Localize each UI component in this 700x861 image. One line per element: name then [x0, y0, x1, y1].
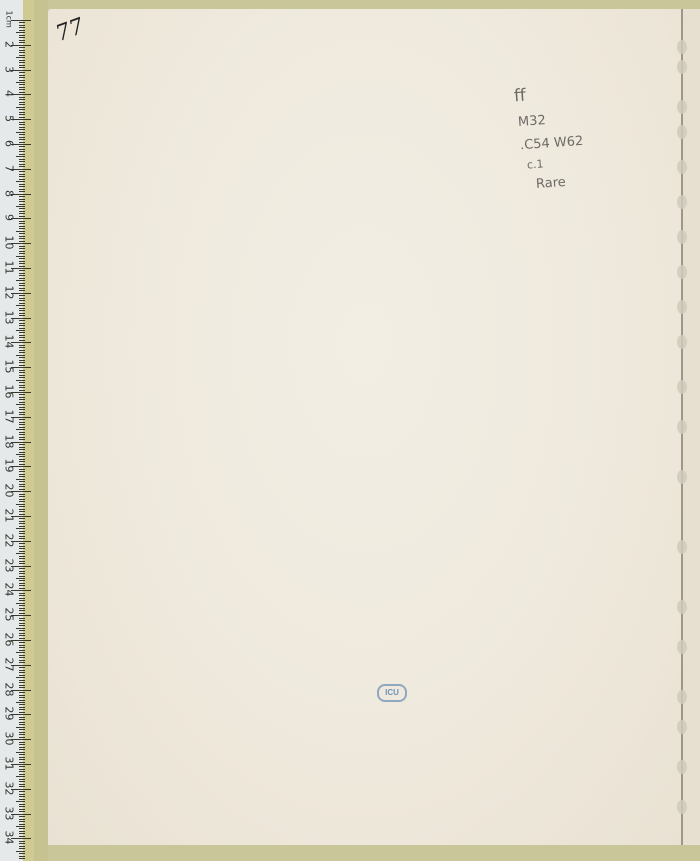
ruler-tick: [19, 685, 25, 686]
ruler-tick: [16, 553, 25, 554]
ruler-tick: [19, 704, 25, 705]
binding-stitch: [677, 160, 687, 174]
ruler-tick: [19, 201, 25, 202]
ruler-tick: [19, 471, 25, 472]
document-page: [48, 9, 682, 845]
ruler-label: 11: [3, 260, 16, 276]
ruler-tick: [19, 558, 25, 559]
ruler-tick: [19, 533, 25, 534]
ruler-tick: [19, 583, 25, 584]
ruler-tick: [19, 89, 25, 90]
ruler-tick: [16, 132, 25, 133]
ruler-tick: [19, 298, 25, 299]
ruler-tick: [19, 184, 25, 185]
ruler-tick: [19, 253, 25, 254]
ruler-tick: [19, 323, 25, 324]
ruler-tick: [19, 481, 25, 482]
ruler-label: 25: [3, 607, 16, 623]
ruler-tick: [19, 75, 25, 76]
ruler-tick: [19, 858, 25, 859]
binding-stitch: [677, 300, 687, 314]
ruler-tick: [19, 819, 25, 820]
ruler-tick: [19, 821, 25, 822]
ruler-tick: [19, 794, 25, 795]
ruler-tick: [19, 67, 25, 68]
ruler-tick: [19, 337, 25, 338]
ruler-tick: [19, 266, 25, 267]
ruler-tick: [19, 325, 25, 326]
ruler-tick: [19, 422, 25, 423]
binding-stitch: [677, 100, 687, 114]
ruler-tick: [19, 732, 25, 733]
ruler-tick: [16, 380, 25, 381]
ruler-tick: [16, 82, 25, 83]
ruler-tick: [19, 444, 25, 445]
ruler-tick: [16, 578, 25, 579]
ruler-label: 15: [3, 359, 16, 375]
ruler-tick: [16, 181, 25, 182]
ruler-label: 13: [3, 309, 16, 325]
ruler-label: 22: [3, 532, 16, 548]
ruler-tick: [19, 65, 25, 66]
binding-stitch: [677, 470, 687, 484]
ruler-tick: [19, 573, 25, 574]
ruler-label: 34: [3, 830, 16, 846]
ruler-tick: [19, 531, 25, 532]
ruler-tick: [19, 585, 25, 586]
ruler-tick: [19, 563, 25, 564]
ruler-tick: [19, 486, 25, 487]
ruler-tick: [19, 771, 25, 772]
ruler-tick: [19, 670, 25, 671]
ruler-tick: [19, 744, 25, 745]
ruler-tick: [19, 60, 25, 61]
ruler-tick: [16, 107, 25, 108]
ruler-tick: [19, 580, 25, 581]
ruler-tick: [19, 712, 25, 713]
ruler-tick: [19, 675, 25, 676]
ruler-tick: [19, 283, 25, 284]
binding-stitch: [677, 230, 687, 244]
ruler-tick: [19, 407, 25, 408]
binding-stitch: [677, 800, 687, 814]
ruler-tick: [19, 501, 25, 502]
ruler-tick: [19, 496, 25, 497]
ruler-tick: [19, 288, 25, 289]
ruler-label: 2: [3, 36, 16, 52]
ruler-tick: [19, 196, 25, 197]
ruler-tick: [16, 256, 25, 257]
ruler-tick: [19, 211, 25, 212]
ruler-tick: [19, 233, 25, 234]
ruler-tick: [19, 142, 25, 143]
binding-stitch: [677, 40, 687, 54]
ruler-tick: [19, 166, 25, 167]
ruler-label: 32: [3, 780, 16, 796]
ruler-tick: [19, 749, 25, 750]
ruler-tick: [16, 206, 25, 207]
ruler-label: 3: [3, 61, 16, 77]
ruler-tick: [19, 638, 25, 639]
ruler-tick: [19, 278, 25, 279]
ruler-tick: [19, 474, 25, 475]
ruler-tick: [19, 856, 25, 857]
ruler-tick: [19, 499, 25, 500]
ruler-label: 19: [3, 458, 16, 474]
ruler-tick: [19, 598, 25, 599]
ruler-tick: [19, 556, 25, 557]
ruler-tick: [19, 635, 25, 636]
ruler-tick: [19, 784, 25, 785]
ruler-tick: [19, 350, 25, 351]
ruler-tick: [19, 576, 25, 577]
ruler-tick: [19, 347, 25, 348]
ruler-tick: [19, 831, 25, 832]
ruler-tick: [19, 561, 25, 562]
ruler-edge: [34, 0, 48, 861]
ruler-label: 9: [3, 210, 16, 226]
binding-stitch: [677, 380, 687, 394]
ruler-tick: [19, 87, 25, 88]
ruler-tick: [19, 781, 25, 782]
ruler-tick: [19, 568, 25, 569]
ruler-tick: [19, 548, 25, 549]
ruler-tick: [19, 650, 25, 651]
ruler-tick: [19, 786, 25, 787]
ruler-tick: [19, 687, 25, 688]
ruler-tick: [19, 843, 25, 844]
ruler-label: 27: [3, 656, 16, 672]
ruler-tick: [19, 846, 25, 847]
ruler-tick: [16, 752, 25, 753]
ruler-tick: [19, 695, 25, 696]
ruler-tick: [19, 707, 25, 708]
ruler-label: 29: [3, 706, 16, 722]
ruler-tick: [19, 571, 25, 572]
ruler-tick: [19, 365, 25, 366]
ruler-label: 8: [3, 185, 16, 201]
ruler-tick: [19, 37, 25, 38]
ruler-tick: [19, 375, 25, 376]
ruler-tick: [19, 109, 25, 110]
ruler-tick: [19, 171, 25, 172]
ruler-tick: [19, 102, 25, 103]
ruler-tick: [19, 80, 25, 81]
ruler-tick: [19, 682, 25, 683]
ruler-tick: [16, 156, 25, 157]
ruler-label: 30: [3, 731, 16, 747]
ruler-tick: [19, 538, 25, 539]
ruler-tick: [16, 479, 25, 480]
ruler-tick: [19, 161, 25, 162]
ruler-tick: [19, 221, 25, 222]
ruler-tick: [19, 241, 25, 242]
ruler-tick: [19, 439, 25, 440]
ruler-tick: [19, 42, 25, 43]
ruler-label: 14: [3, 334, 16, 350]
ruler-tick: [19, 199, 25, 200]
ruler-tick: [16, 528, 25, 529]
ruler-tick: [19, 273, 25, 274]
ruler-tick: [19, 511, 25, 512]
ruler-tick: [19, 22, 25, 23]
ruler-tick: [19, 734, 25, 735]
ruler-tick: [19, 610, 25, 611]
ruler-tick: [19, 139, 25, 140]
binding-stitch: [677, 195, 687, 209]
ruler-tick: [19, 52, 25, 53]
ruler-tick: [19, 275, 25, 276]
ruler-tick: [19, 137, 25, 138]
ruler-tick: [19, 261, 25, 262]
ruler-tick: [19, 759, 25, 760]
ruler-tick: [16, 504, 25, 505]
binding-stitch: [677, 335, 687, 349]
ruler-tick: [19, 40, 25, 41]
ruler-tick: [19, 186, 25, 187]
ruler-tick: [19, 618, 25, 619]
ruler-tick: [19, 385, 25, 386]
ruler-tick: [16, 280, 25, 281]
ruler-tick: [19, 134, 25, 135]
ruler-tick: [19, 848, 25, 849]
ruler-tick: [16, 603, 25, 604]
ruler-tick: [19, 742, 25, 743]
ruler-tick: [19, 434, 25, 435]
ruler-tick: [19, 660, 25, 661]
ruler-tick: [19, 352, 25, 353]
ruler-tick: [19, 117, 25, 118]
ruler-tick: [19, 600, 25, 601]
ruler-tick: [19, 55, 25, 56]
ruler-tick: [19, 114, 25, 115]
ruler-tick: [19, 593, 25, 594]
ruler-tick: [19, 129, 25, 130]
ruler-tick: [19, 469, 25, 470]
ruler-tick: [19, 828, 25, 829]
ruler-tick: [19, 77, 25, 78]
ruler-tick: [19, 412, 25, 413]
ruler-tick: [16, 404, 25, 405]
ruler-tick: [19, 620, 25, 621]
ruler-tick: [16, 355, 25, 356]
library-stamp: ICU: [377, 684, 407, 702]
ruler-label: 10: [3, 235, 16, 251]
ruler-tick: [19, 762, 25, 763]
ruler-label: 16: [3, 384, 16, 400]
ruler-tick: [19, 62, 25, 63]
ruler-tick: [19, 332, 25, 333]
ruler-tick: [19, 697, 25, 698]
ruler-tick: [16, 628, 25, 629]
ruler-tick: [19, 270, 25, 271]
ruler-tick: [19, 774, 25, 775]
ruler-tick: [19, 387, 25, 388]
ruler-tick: [19, 476, 25, 477]
ruler-tick: [19, 263, 25, 264]
ruler-tick: [19, 124, 25, 125]
ruler-tick: [19, 680, 25, 681]
ruler-tick: [19, 605, 25, 606]
binding-stitch: [677, 265, 687, 279]
ruler-tick: [19, 92, 25, 93]
ruler-tick: [19, 543, 25, 544]
ruler-tick: [19, 285, 25, 286]
ruler-tick: [19, 27, 25, 28]
ruler-tick: [19, 811, 25, 812]
ruler-tick: [19, 189, 25, 190]
ruler-tick: [19, 645, 25, 646]
ruler-tick: [19, 204, 25, 205]
ruler-tick: [19, 226, 25, 227]
ruler-tick: [19, 99, 25, 100]
ruler-tick: [19, 588, 25, 589]
ruler-tick: [19, 176, 25, 177]
ruler-tick: [16, 851, 25, 852]
ruler-tick: [19, 729, 25, 730]
ruler-tick: [19, 154, 25, 155]
ruler-tick: [19, 521, 25, 522]
ruler-tick: [19, 449, 25, 450]
ruler-tick: [19, 625, 25, 626]
ruler-tick: [16, 826, 25, 827]
ruler-tick: [19, 47, 25, 48]
ruler-label: 33: [3, 805, 16, 821]
ruler-tick: [19, 402, 25, 403]
ruler-tick: [19, 372, 25, 373]
ruler-tick: [19, 370, 25, 371]
ruler-tick: [19, 459, 25, 460]
ruler-tick: [19, 228, 25, 229]
annotation-copy: c.1: [527, 157, 544, 171]
ruler-tick: [19, 30, 25, 31]
ruler-tick: [19, 104, 25, 105]
ruler-tick: [19, 724, 25, 725]
ruler-tick: [19, 424, 25, 425]
annotation-m32: M32: [518, 113, 547, 130]
ruler-tick: [19, 362, 25, 363]
annotation-ff: ff: [513, 86, 526, 107]
ruler-tick: [19, 127, 25, 128]
ruler-label: 21: [3, 508, 16, 524]
ruler-label: 5: [3, 111, 16, 127]
ruler-tick: [19, 452, 25, 453]
ruler-tick: [19, 437, 25, 438]
ruler-tick: [16, 330, 25, 331]
ruler-tick: [19, 357, 25, 358]
ruler-tick: [19, 655, 25, 656]
ruler-tick: [19, 236, 25, 237]
ruler-tick: [19, 841, 25, 842]
binding-stitch: [677, 640, 687, 654]
ruler-tick: [19, 340, 25, 341]
ruler-tick: [19, 809, 25, 810]
ruler-tick: [19, 816, 25, 817]
ruler-tick: [16, 454, 25, 455]
ruler-tick: [19, 514, 25, 515]
ruler-tick: [19, 657, 25, 658]
ruler-tick: [19, 151, 25, 152]
ruler-tick: [19, 246, 25, 247]
ruler-tick: [19, 414, 25, 415]
measurement-ruler: 1cm 234567891011121314151617181920212223…: [0, 0, 34, 861]
ruler-tick: [19, 799, 25, 800]
ruler-tick: [19, 84, 25, 85]
ruler-tick: [16, 702, 25, 703]
ruler-tick: [19, 377, 25, 378]
ruler-label: 23: [3, 557, 16, 573]
ruler-tick: [19, 394, 25, 395]
binding-stitch: [677, 600, 687, 614]
ruler-tick: [19, 290, 25, 291]
ruler-tick: [19, 667, 25, 668]
ruler-tick: [19, 360, 25, 361]
ruler-tick: [19, 717, 25, 718]
ruler-tick: [19, 766, 25, 767]
ruler-tick: [19, 213, 25, 214]
ruler-tick: [19, 722, 25, 723]
ruler-tick: [19, 409, 25, 410]
ruler-tick: [19, 536, 25, 537]
ruler-tick: [19, 769, 25, 770]
ruler-tick: [16, 727, 25, 728]
ruler-tick: [19, 526, 25, 527]
ruler-tick: [19, 248, 25, 249]
ruler-tick: [19, 419, 25, 420]
ruler-tick: [19, 719, 25, 720]
annotation-rare: Rare: [536, 175, 567, 192]
ruler-tick: [19, 523, 25, 524]
ruler-unit-label: 1cm: [5, 11, 14, 27]
ruler-tick: [19, 308, 25, 309]
ruler-tick: [19, 159, 25, 160]
ruler-tick: [19, 672, 25, 673]
ruler-tick: [19, 754, 25, 755]
ruler-tick: [19, 484, 25, 485]
ruler-tick: [19, 623, 25, 624]
ruler-label: 20: [3, 483, 16, 499]
ruler-tick: [19, 223, 25, 224]
ruler-tick: [19, 328, 25, 329]
ruler-tick: [19, 179, 25, 180]
ruler-tick: [19, 509, 25, 510]
ruler-tick: [19, 853, 25, 854]
ruler-tick: [19, 613, 25, 614]
ruler-tick: [11, 20, 31, 21]
ruler-tick: [19, 310, 25, 311]
ruler-tick: [16, 429, 25, 430]
ruler-label: 17: [3, 408, 16, 424]
binding-stitch: [677, 720, 687, 734]
ruler-label: 28: [3, 681, 16, 697]
ruler-tick: [19, 216, 25, 217]
ruler-tick: [19, 303, 25, 304]
ruler-tick: [19, 315, 25, 316]
ruler-tick: [19, 633, 25, 634]
ruler-tick: [19, 833, 25, 834]
ruler-tick: [19, 796, 25, 797]
ruler-tick: [19, 397, 25, 398]
binding-stitch: [677, 540, 687, 554]
ruler-tick: [19, 191, 25, 192]
ruler-tick: [19, 72, 25, 73]
ruler-tick: [19, 112, 25, 113]
ruler-tick: [19, 146, 25, 147]
ruler-tick: [19, 518, 25, 519]
ruler-tick: [19, 642, 25, 643]
ruler-tick: [19, 551, 25, 552]
ruler-label: 24: [3, 582, 16, 598]
